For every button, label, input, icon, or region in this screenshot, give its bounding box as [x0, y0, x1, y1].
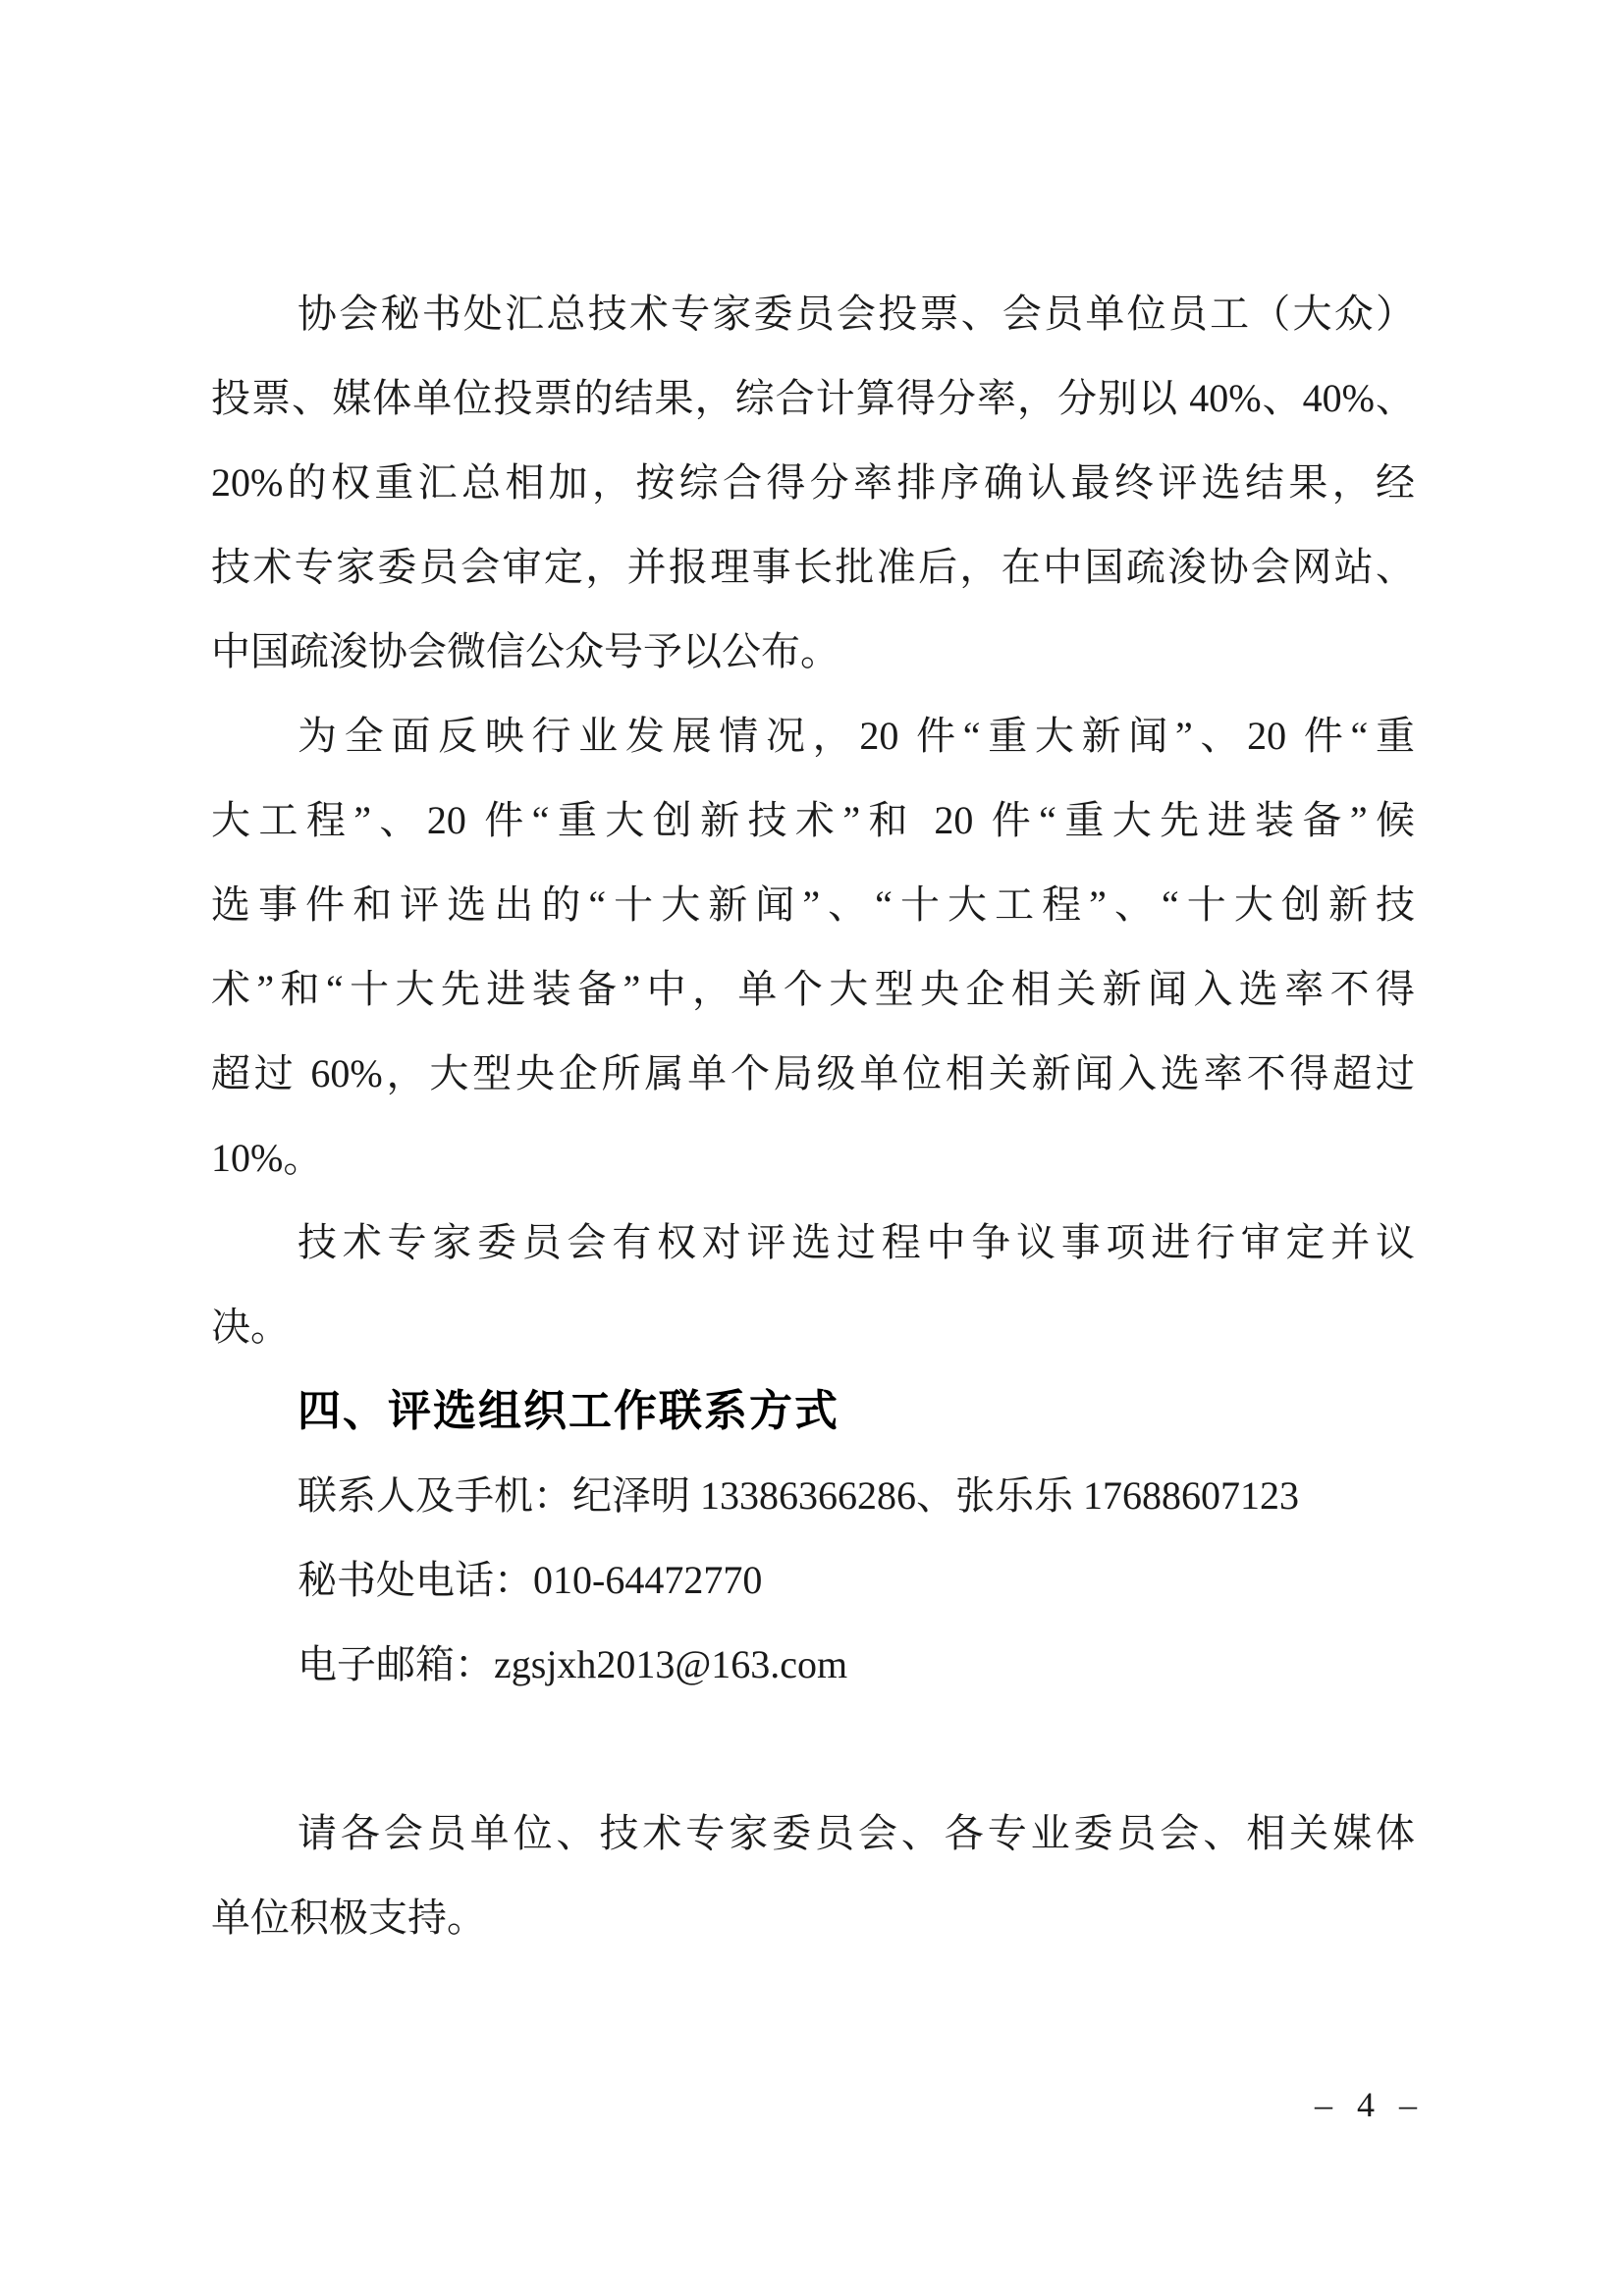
text-line: 协会秘书处汇总技术专家委员会投票、会员单位员工（大众）: [211, 272, 1415, 356]
text-line: 投票、媒体单位投票的结果，综合计算得分率，分别以 40%、40%、: [211, 356, 1415, 441]
text-block: 协会秘书处汇总技术专家委员会投票、会员单位员工（大众） 投票、媒体单位投票的结果…: [211, 272, 1415, 1960]
page-number: – 4 –: [1311, 2081, 1429, 2128]
contact-phone-line: 秘书处电话：010-64472770: [211, 1538, 1415, 1623]
text-line: 选事件和评选出的“十大新闻”、“十大工程”、“十大创新技: [211, 863, 1415, 947]
document-page: 协会秘书处汇总技术专家委员会投票、会员单位员工（大众） 投票、媒体单位投票的结果…: [0, 0, 1624, 2296]
text-line: 单位积极支持。: [211, 1876, 1415, 1960]
blank-line: [211, 1707, 1415, 1791]
text-line: 20%的权重汇总相加，按综合得分率排序确认最终评选结果，经: [211, 441, 1415, 525]
text-line: 中国疏浚协会微信公众号予以公布。: [211, 610, 1415, 694]
text-line: 决。: [211, 1285, 1415, 1369]
text-line: 请各会员单位、技术专家委员会、各专业委员会、相关媒体: [211, 1791, 1415, 1876]
section-heading: 四、评选组织工作联系方式: [211, 1369, 1415, 1454]
text-line: 为全面反映行业发展情况，20 件“重大新闻”、20 件“重: [211, 694, 1415, 778]
text-line: 超过 60%，大型央企所属单个局级单位相关新闻入选率不得超过: [211, 1032, 1415, 1116]
text-line: 技术专家委员会有权对评选过程中争议事项进行审定并议: [211, 1201, 1415, 1285]
contact-email-line: 电子邮箱：zgsjxh2013@163.com: [211, 1623, 1415, 1707]
text-line: 10%。: [211, 1116, 1415, 1201]
contact-person-line: 联系人及手机：纪泽明 13386366286、张乐乐 17688607123: [211, 1454, 1415, 1538]
text-line: 大工程”、20 件“重大创新技术”和 20 件“重大先进装备”候: [211, 778, 1415, 863]
text-line: 术”和“十大先进装备”中，单个大型央企相关新闻入选率不得: [211, 947, 1415, 1032]
text-line: 技术专家委员会审定，并报理事长批准后，在中国疏浚协会网站、: [211, 525, 1415, 610]
